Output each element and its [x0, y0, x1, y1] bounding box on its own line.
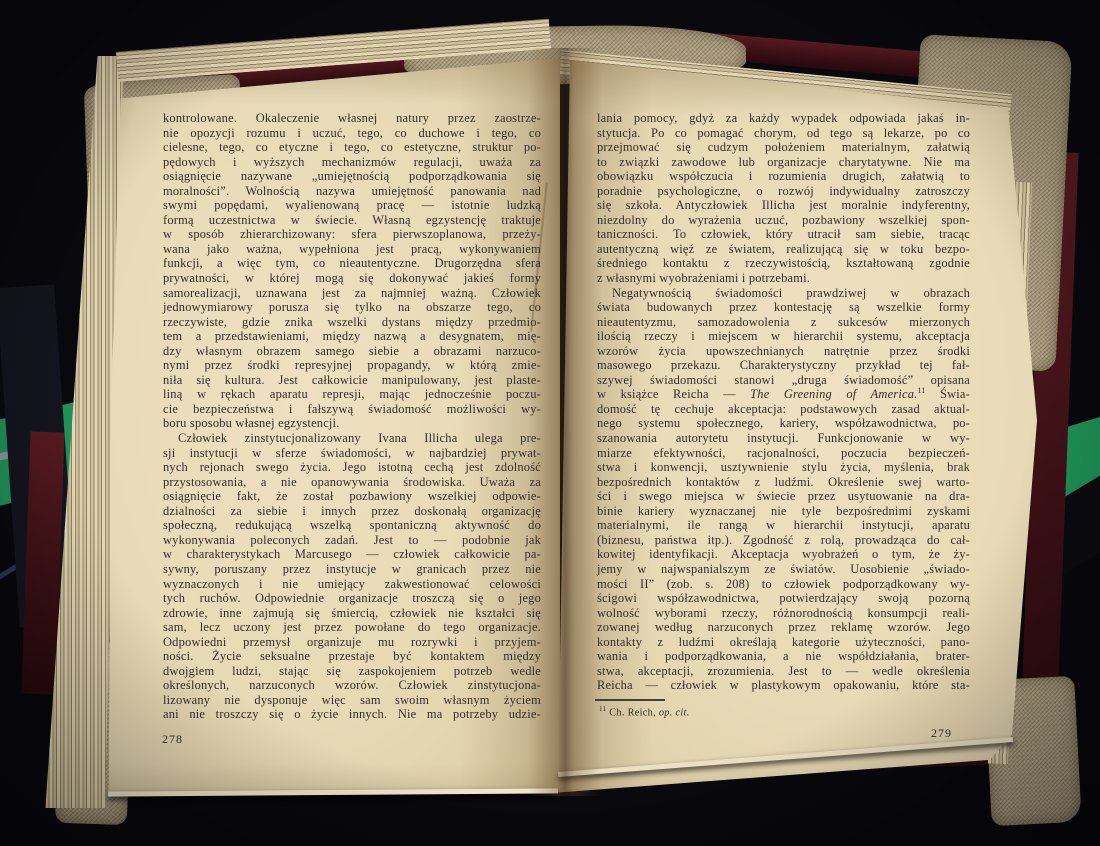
text-line: swymi popędami, wyalienowaną pracę — ist… — [163, 198, 541, 213]
text-line: jemy w najwspanialszym ze światów. Uosob… — [597, 562, 970, 577]
text-line: cie bezpieczeństwa i fałszywą świadomość… — [163, 402, 541, 417]
text-line: osiągnięcie nazywane „umiejętnością podp… — [163, 169, 541, 184]
text-line: dzy własnym obrazem samego siebie a obra… — [163, 344, 541, 359]
text-line: szywej świadomości stanowi „druga świado… — [597, 373, 970, 388]
text-line: w charakterystykach Marcusego — człowiek… — [163, 547, 541, 562]
text-line: bezpośrednich kontaktów z ludźmi. Określ… — [597, 475, 970, 490]
text-line: tem a przedstawieniami, między nazwą a d… — [163, 329, 541, 344]
text-line: niła się kultura. Jest całkowicie manipu… — [163, 373, 541, 388]
footnote: 11 Ch. Reich, op. cit. — [599, 705, 899, 718]
text-line: kontakty z ludźmi określają kategorie uż… — [597, 635, 970, 650]
text-line: wolność wyborami rzeczy, różnorodnością … — [597, 606, 970, 621]
text-line: nymi przez środki represyjnej propagandy… — [163, 358, 541, 373]
text-line: to związki zawodowe lub organizacje char… — [597, 155, 970, 170]
text-line: pędowych i wyższych mechanizmów regulacj… — [163, 155, 541, 170]
text-line: funkcji, a więc tym, co nieautentyczne. … — [163, 256, 541, 271]
text-line: jednowymiarowy porusza się tylko na obsz… — [163, 300, 541, 315]
text-line: moralności”. Wolnością nazywa umiejętnoś… — [163, 184, 541, 199]
text-line: nieautentyzmu, samozadowolenia z sukcesó… — [597, 315, 970, 330]
text-line: binie kariery wyznaczanej nie tyle bezpo… — [597, 504, 970, 519]
text-line: zowanej według narzuconych przez reklamę… — [597, 620, 970, 635]
footnote-rule — [595, 699, 665, 701]
text-line: się szkoła. Antyczłowiek Illicha jest mo… — [597, 198, 970, 213]
text-line: wzorów życia upowszechnianych natrętnie … — [597, 344, 970, 359]
book-photo-scene: kontrolowane. Okaleczenie własnej natury… — [0, 0, 1100, 846]
text-line: stytucja. Po co pomagać chorym, od tego … — [597, 126, 970, 141]
text-line: boru sposobu własnej egzystencji. — [163, 416, 541, 431]
text-line: masowego przekazu. Charakterystyczny prz… — [597, 358, 970, 373]
left-page-text: kontrolowane. Okaleczenie własnej natury… — [163, 111, 541, 722]
text-line: Negatywnością świadomości prawdziwej w o… — [597, 286, 970, 301]
text-line: stwa, akceptacji, zrozumienia. Jest to —… — [597, 664, 970, 679]
text-line: przystosowania, a nie opanowywania środo… — [163, 475, 541, 490]
text-line: ści i swego miejsca w świecie przez usyt… — [597, 489, 970, 504]
text-line: kowitej identyfikacji. Akceptacja wyobra… — [597, 547, 970, 562]
text-line: ani nie troszczy się o życie innych. Nie… — [163, 707, 541, 722]
footnote-citation: op. cit. — [659, 707, 690, 718]
footnote-text: Ch. Reich, — [606, 707, 659, 718]
text-line: określonych, narzuconych wzorów. Człowie… — [163, 678, 541, 693]
text-line: lizowany nie dysponuje więc sam swoim wł… — [163, 693, 541, 708]
text-line: świata budowanych przez kontestację są w… — [597, 300, 970, 315]
text-line: wykonywania poleconych zadań. Jest to — … — [163, 533, 541, 548]
text-line: (biznesu, państwa itp.). Zgodność z rolą… — [597, 533, 970, 548]
text-line: niezdolny do wyrażenia uczuć, pozbawiony… — [597, 213, 970, 228]
text-line: sam, lecz uczony jest przez powołane do … — [163, 620, 541, 635]
text-line: stwa i konwencji, usztywnienie stylu życ… — [597, 460, 970, 475]
text-line: przejmować się cudzym położeniem materia… — [597, 140, 970, 155]
text-line: nie opozycji rozumu i uczuć, tego, co du… — [163, 126, 541, 141]
right-page-number: 279 — [931, 726, 952, 741]
text-line: nych rejonach swego życia. Jego istotną … — [163, 460, 541, 475]
text-line: ilością rzeczy i miejscem w hierarchii s… — [597, 329, 970, 344]
right-page-text: lania pomocy, gdyż za każdy wypadek odpo… — [597, 111, 970, 693]
text-line: domość tę cechuje akceptacja: podstawowy… — [597, 402, 970, 417]
text-line: materialnymi, ile rangą w hierarchii ins… — [597, 518, 970, 533]
text-line: w sposób zhierarchizowany: sfera pierwsz… — [163, 227, 541, 242]
text-line: wania i podporządkowania, a nie współdzi… — [597, 649, 970, 664]
text-line: społeczną, redukującą wszelką spontanicz… — [163, 518, 541, 533]
text-line: sywny, poruszany przez instytucje w gran… — [163, 562, 541, 577]
text-line: cielesne, tego, co etyczne i tego, co es… — [163, 140, 541, 155]
text-line: wyznaczonych i nie umiejący zakwestionow… — [163, 577, 541, 592]
text-line: ności. Życie seksualne przestaje być kon… — [163, 649, 541, 664]
text-line: dzialności za siebie i innych przez dosk… — [163, 504, 541, 519]
text-line: sji instytucji w sferze świadomości, w n… — [163, 446, 541, 461]
text-line: osiągnięcie fakt, że został pozbawiony w… — [163, 489, 541, 504]
text-line: lania pomocy, gdyż za każdy wypadek odpo… — [597, 111, 970, 126]
text-line: Człowiek zinstytucjonalizowany Ivana Ill… — [163, 431, 541, 446]
text-line: wana jako ważna, wypełniona jest pracą, … — [163, 242, 541, 257]
text-line: formą uczestnictwa w świecie. Własną egz… — [163, 213, 541, 228]
text-line: tych ruchów. Odpowiednie organizacje tro… — [163, 591, 541, 606]
text-line: dwojgiem ludzi, stając się zaspokojeniem… — [163, 664, 541, 679]
text-line: liną w rękach aparatu represji, mając je… — [163, 387, 541, 402]
text-line: kontrolowane. Okaleczenie własnej natury… — [163, 111, 541, 126]
text-line: mości II” (zob. s. 208) to człowiek podp… — [597, 577, 970, 592]
text-line: szanowania autorytetu instytucji. Funkcj… — [597, 431, 970, 446]
text-line: Reicha — człowiek w plastykowym opakowan… — [597, 678, 970, 693]
text-line: obowiązku współczucia i rozumienia drugi… — [597, 169, 970, 184]
text-line: prywatności, w której mogą się dokonywać… — [163, 271, 541, 286]
text-line: autentyczną więź ze światem, realizującą… — [597, 242, 970, 257]
text-line: poradnie psychologiczne, o rozwój indywi… — [597, 184, 970, 199]
text-line: rzeczywiste, gdzie znika wszelki dystans… — [163, 315, 541, 330]
text-line: zdrowie, inne zajmują się śmiercią, czło… — [163, 606, 541, 621]
text-line: średniego kontaktu z rzeczywistością, ks… — [597, 256, 970, 271]
left-page-number: 278 — [162, 732, 183, 747]
text-line: ścigowi współzawodnictwa, potwierdzający… — [597, 591, 970, 606]
text-line: z własnymi wyobrażeniami i potrzebami. — [597, 271, 970, 286]
text-line: Odpowiedni przemysł organizuje mu rozryw… — [163, 635, 541, 650]
text-line: samorealizacji, uznawana jest za najmnie… — [163, 286, 541, 301]
text-line: w książce Reicha — The Greening of Ameri… — [597, 387, 970, 402]
text-line: miarze efektywności, racjonalności, pocz… — [597, 446, 970, 461]
text-line: taniczności. To człowiek, który utracił … — [597, 227, 970, 242]
text-line: nego systemu społecznego, kariery, współ… — [597, 416, 970, 431]
